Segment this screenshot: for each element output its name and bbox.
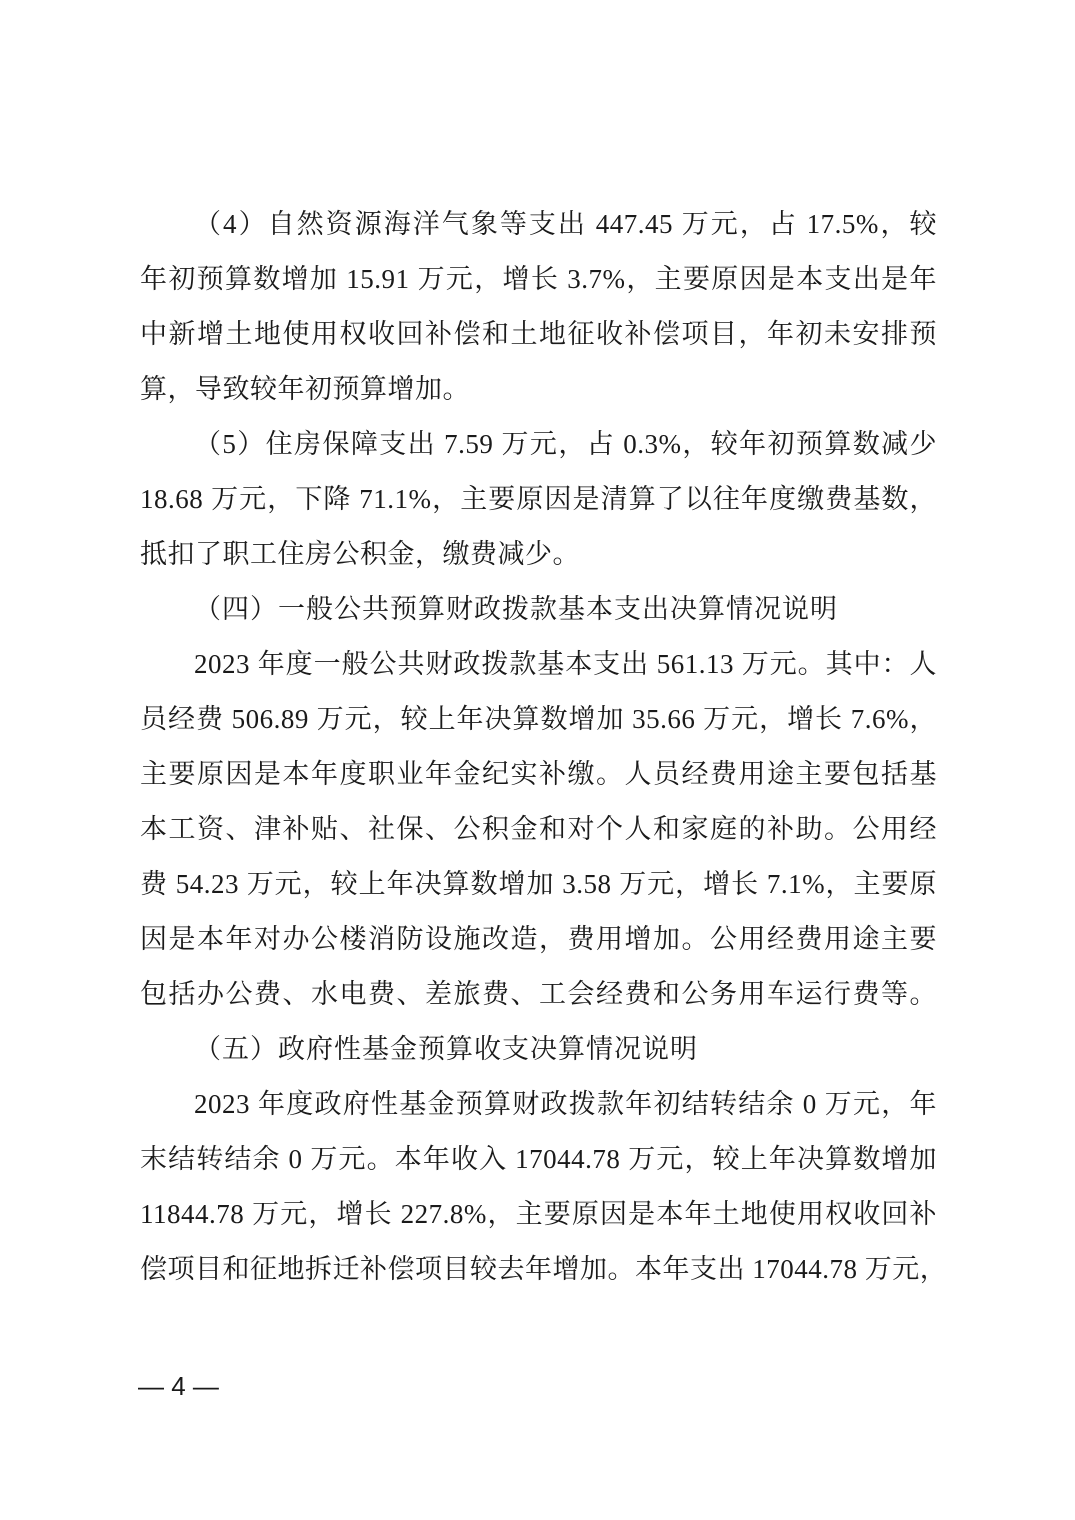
text-line: 偿项目和征地拆迁补偿项目较去年增加。本年支出 17044.78 万元， — [140, 1251, 937, 1287]
text-line: 中新增土地使用权收回补偿和土地征收补偿项目，年初未安排预 — [140, 316, 937, 352]
document-page: （4）自然资源海洋气象等支出 447.45 万元，占 17.5%，较 年初预算数… — [0, 0, 1075, 1520]
text-line: 2023 年度一般公共财政拨款基本支出 561.13 万元。其中：人 — [194, 646, 937, 682]
text-line: 本工资、津补贴、社保、公积金和对个人和家庭的补助。公用经 — [140, 811, 937, 847]
text-line: 11844.78 万元，增长 227.8%，主要原因是本年土地使用权收回补 — [140, 1196, 937, 1232]
text-line: 费 54.23 万元，较上年决算数增加 3.58 万元，增长 7.1%，主要原 — [140, 866, 937, 902]
text-line: 因是本年对办公楼消防设施改造，费用增加。公用经费用途主要 — [140, 921, 937, 957]
text-line: 员经费 506.89 万元，较上年决算数增加 35.66 万元，增长 7.6%， — [140, 701, 937, 737]
text-line: 2023 年度政府性基金预算财政拨款年初结转结余 0 万元，年 — [194, 1086, 937, 1122]
section-heading-basic-expenditure: （四）一般公共预算财政拨款基本支出决算情况说明 — [194, 591, 838, 627]
text-line: 抵扣了职工住房公积金，缴费减少。 — [140, 536, 937, 572]
text-line: 算，导致较年初预算增加。 — [140, 371, 937, 407]
section-heading-government-fund: （五）政府性基金预算收支决算情况说明 — [194, 1031, 698, 1067]
text-line: 年初预算数增加 15.91 万元，增长 3.7%，主要原因是本支出是年 — [140, 261, 937, 297]
text-line: 末结转结余 0 万元。本年收入 17044.78 万元，较上年决算数增加 — [140, 1141, 937, 1177]
page-number: — 4 — — [138, 1370, 219, 1402]
text-line: （5）住房保障支出 7.59 万元，占 0.3%，较年初预算数减少 — [194, 426, 937, 462]
text-line: 主要原因是本年度职业年金纪实补缴。人员经费用途主要包括基 — [140, 756, 937, 792]
text-line: 18.68 万元，下降 71.1%，主要原因是清算了以往年度缴费基数， — [140, 481, 937, 517]
text-line: 包括办公费、水电费、差旅费、工会经费和公务用车运行费等。 — [140, 976, 937, 1012]
text-line: （4）自然资源海洋气象等支出 447.45 万元，占 17.5%，较 — [194, 206, 937, 242]
